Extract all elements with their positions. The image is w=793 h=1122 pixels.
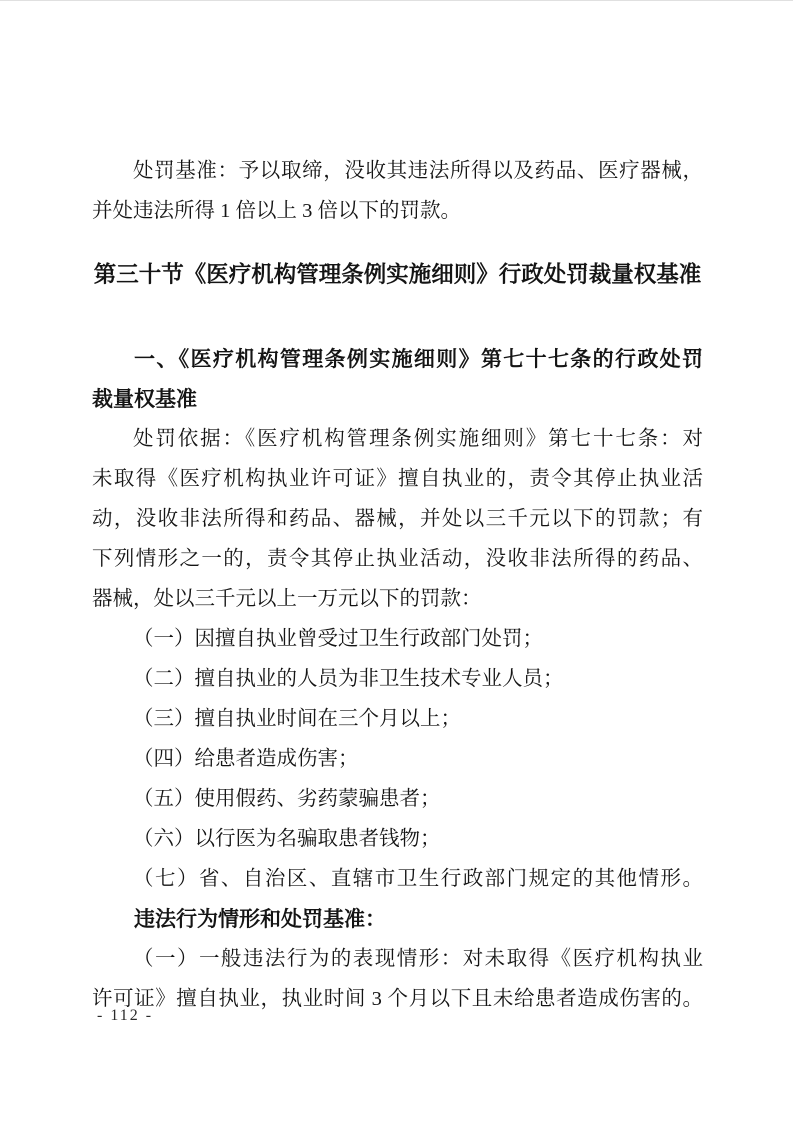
subsection-heading-line: 一、《医疗机构管理条例实施细则》第七十七条的行政处罚 [92,339,703,379]
list-item: （七）省、自治区、直辖市卫生行政部门规定的其他情形。 [92,859,703,899]
intro-paragraph-line: 处罚基准：予以取缔，没收其违法所得以及药品、医疗器械， [92,151,703,191]
section-title: 第三十节《医疗机构管理条例实施细则》行政处罚裁量权基准 [92,255,703,295]
criteria-heading: 违法行为情形和处罚基准： [92,899,703,939]
list-item: （五）使用假药、劣药蒙骗患者； [92,779,703,819]
legal-basis-line: 下列情形之一的，责令其停止执业活动，没收非法所得的药品、 [92,539,703,579]
legal-basis-line: 处罚依据：《医疗机构管理条例实施细则》第七十七条：对 [92,419,703,459]
legal-basis-line: 器械，处以三千元以上一万元以下的罚款： [92,579,703,619]
page-number: - 112 - [97,1007,153,1025]
intro-paragraph-line: 并处违法所得 1 倍以上 3 倍以下的罚款。 [92,191,703,231]
list-item: （三）擅自执业时间在三个月以上； [92,699,703,739]
legal-basis-line: 动，没收非法所得和药品、器械，并处以三千元以下的罚款；有 [92,499,703,539]
list-item: （二）擅自执业的人员为非卫生技术专业人员； [92,659,703,699]
document-page: 处罚基准：予以取缔，没收其违法所得以及药品、医疗器械， 并处违法所得 1 倍以上… [0,0,793,1122]
list-item: （六）以行医为名骗取患者钱物； [92,819,703,859]
list-item: （一）因擅自执业曾受过卫生行政部门处罚； [92,619,703,659]
legal-basis-line: 未取得《医疗机构执业许可证》擅自执业的，责令其停止执业活 [92,459,703,499]
document-content: 处罚基准：予以取缔，没收其违法所得以及药品、医疗器械， 并处违法所得 1 倍以上… [92,151,703,1019]
general-violation-line: 许可证》擅自执业，执业时间 3 个月以下且未给患者造成伤害的。 [92,979,703,1019]
subsection-heading-line: 裁量权基准 [92,379,703,419]
list-item: （四）给患者造成伤害； [92,739,703,779]
general-violation-line: （一）一般违法行为的表现情形：对未取得《医疗机构执业 [92,939,703,979]
